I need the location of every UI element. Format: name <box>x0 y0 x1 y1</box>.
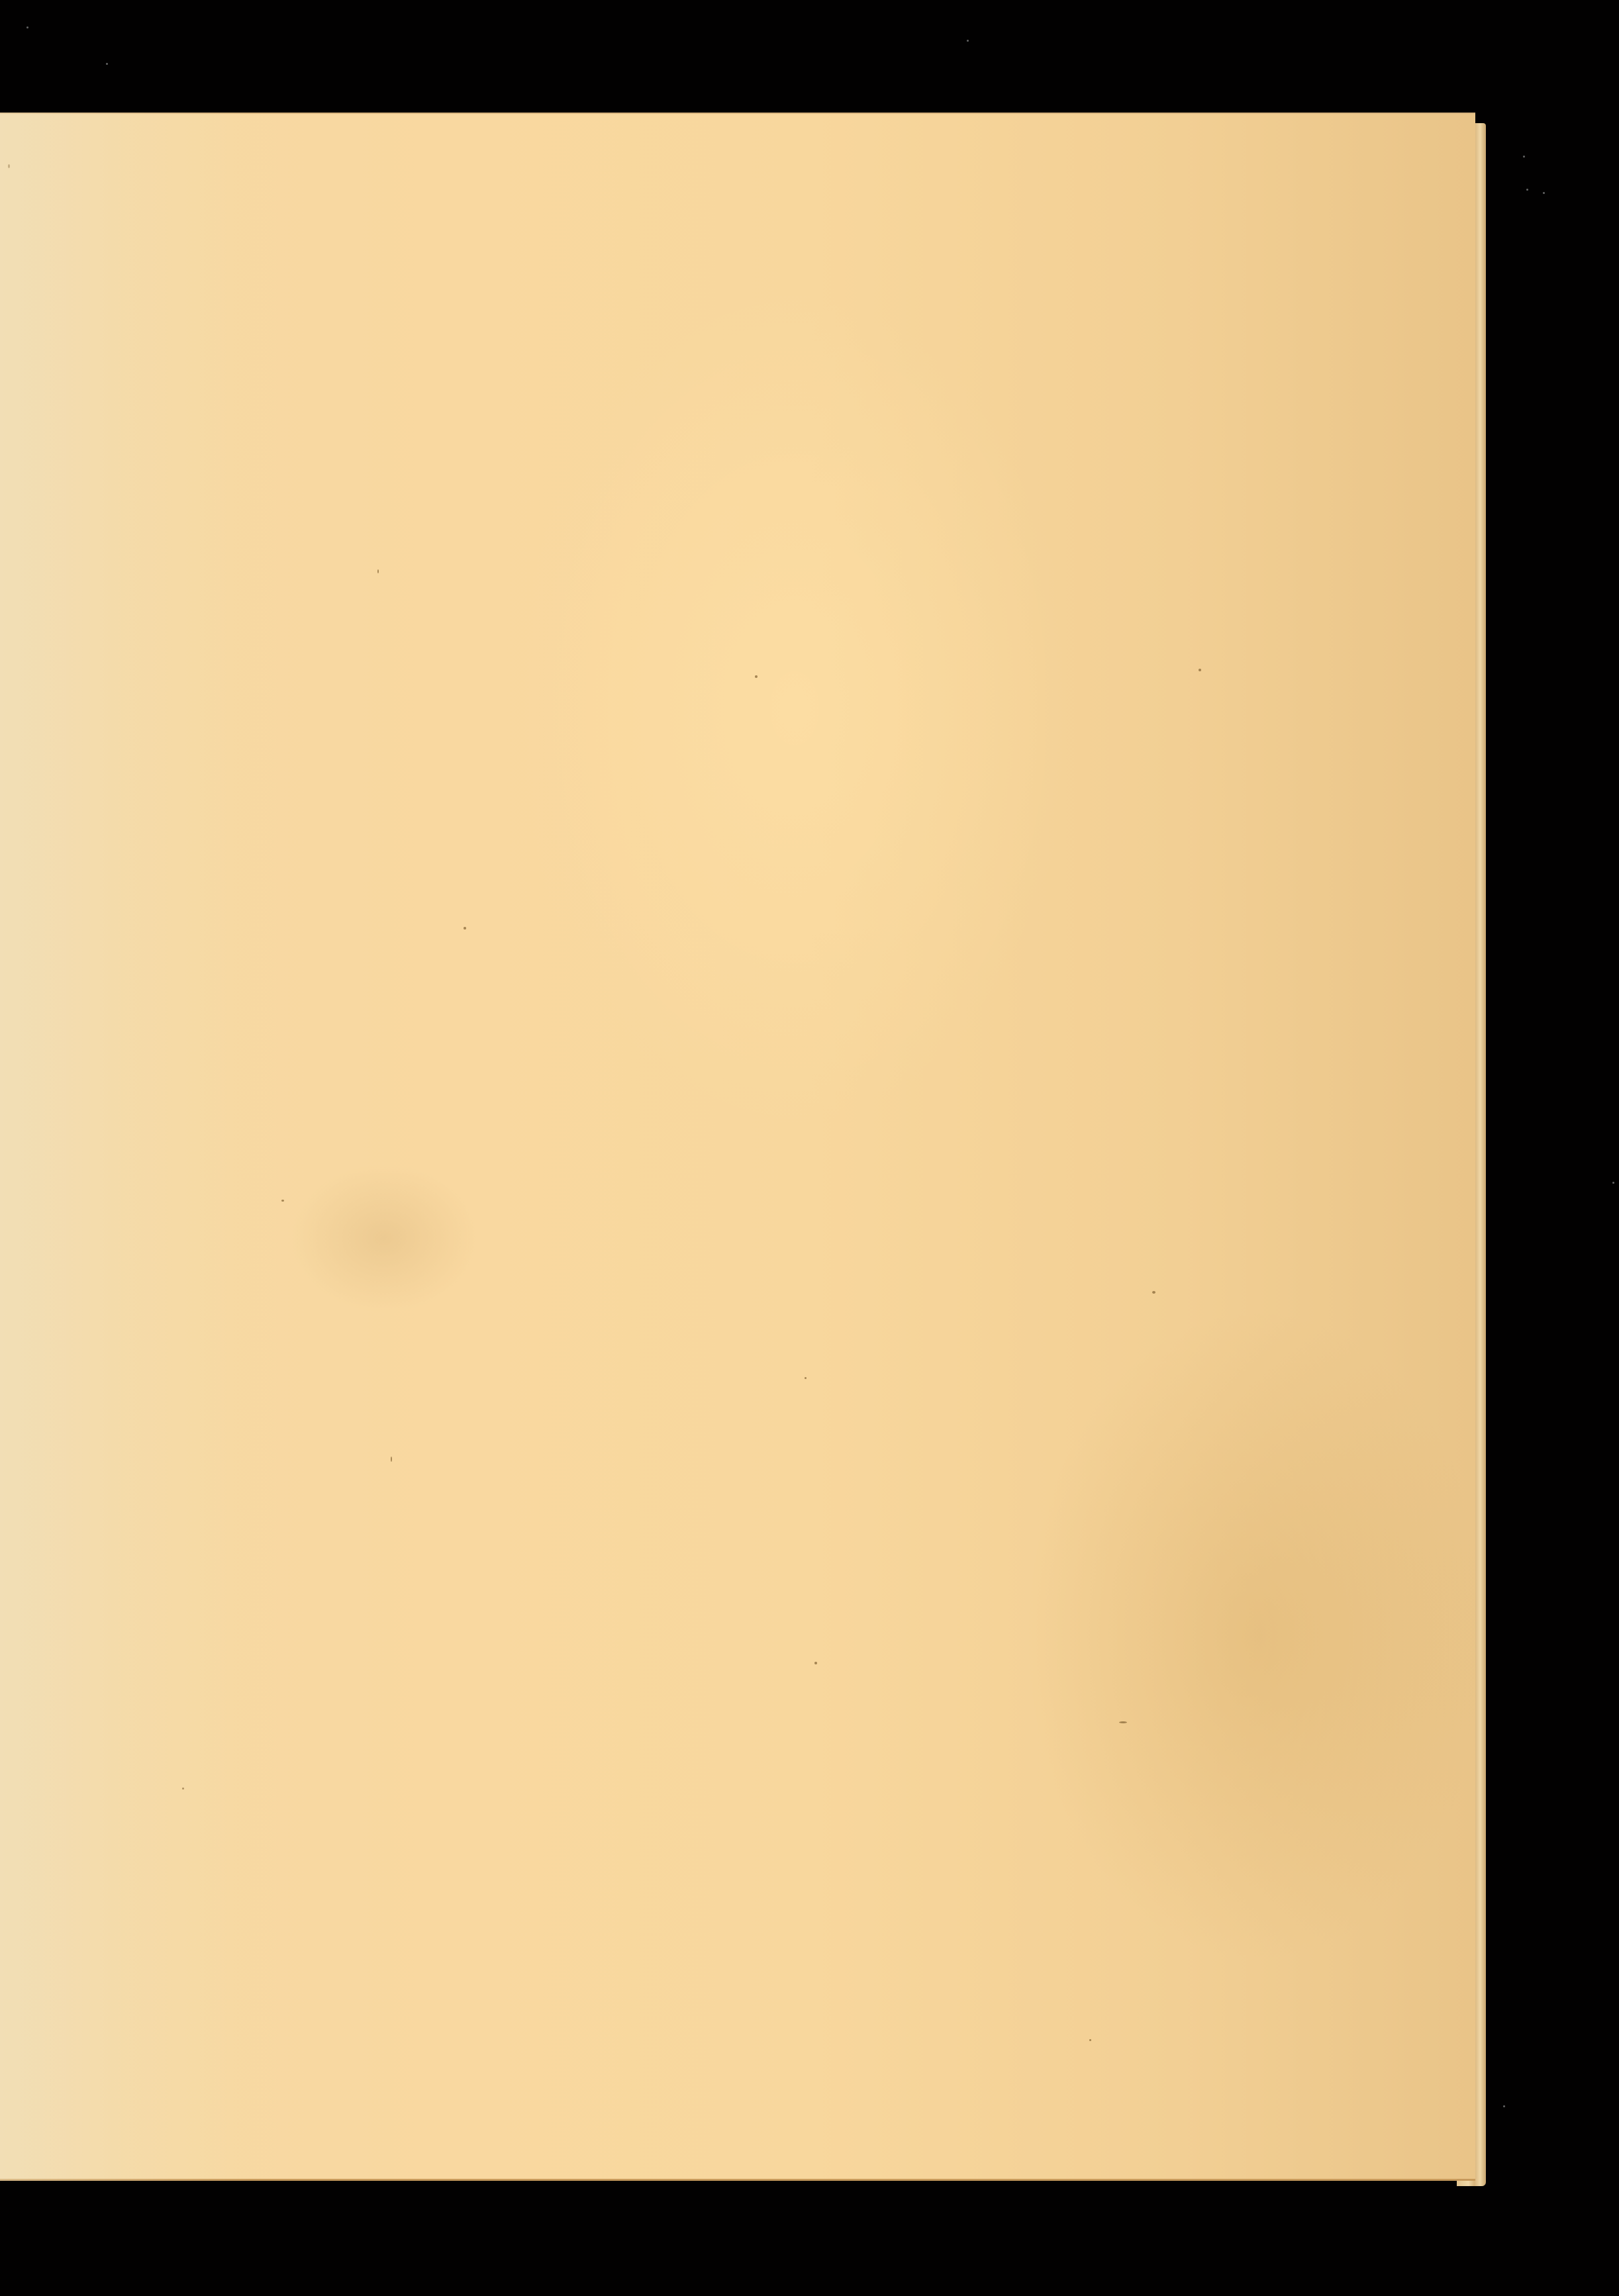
dust-speck <box>1612 1182 1614 1184</box>
dust-speck <box>1526 189 1528 191</box>
paper-speck <box>281 1200 284 1202</box>
paper-speck <box>755 675 758 678</box>
dust-speck <box>1503 2105 1505 2107</box>
paper-speck <box>464 927 466 930</box>
dust-speck <box>26 26 28 28</box>
paper-speck <box>1199 669 1201 671</box>
dust-speck <box>1523 156 1525 158</box>
paper-speck <box>391 1457 392 1462</box>
dust-speck <box>106 63 108 65</box>
paper-speck <box>1089 2039 1091 2041</box>
dust-speck <box>967 40 969 42</box>
paper-speck <box>182 1788 184 1790</box>
paper-speck <box>377 569 379 573</box>
paper-speck <box>1152 1291 1155 1294</box>
paper-speck <box>8 164 10 168</box>
paper-speck <box>814 1662 817 1664</box>
dust-speck <box>1543 192 1545 194</box>
blank-page <box>0 113 1475 2181</box>
paper-speck <box>805 1377 807 1379</box>
paper-speck <box>1119 1721 1127 1723</box>
